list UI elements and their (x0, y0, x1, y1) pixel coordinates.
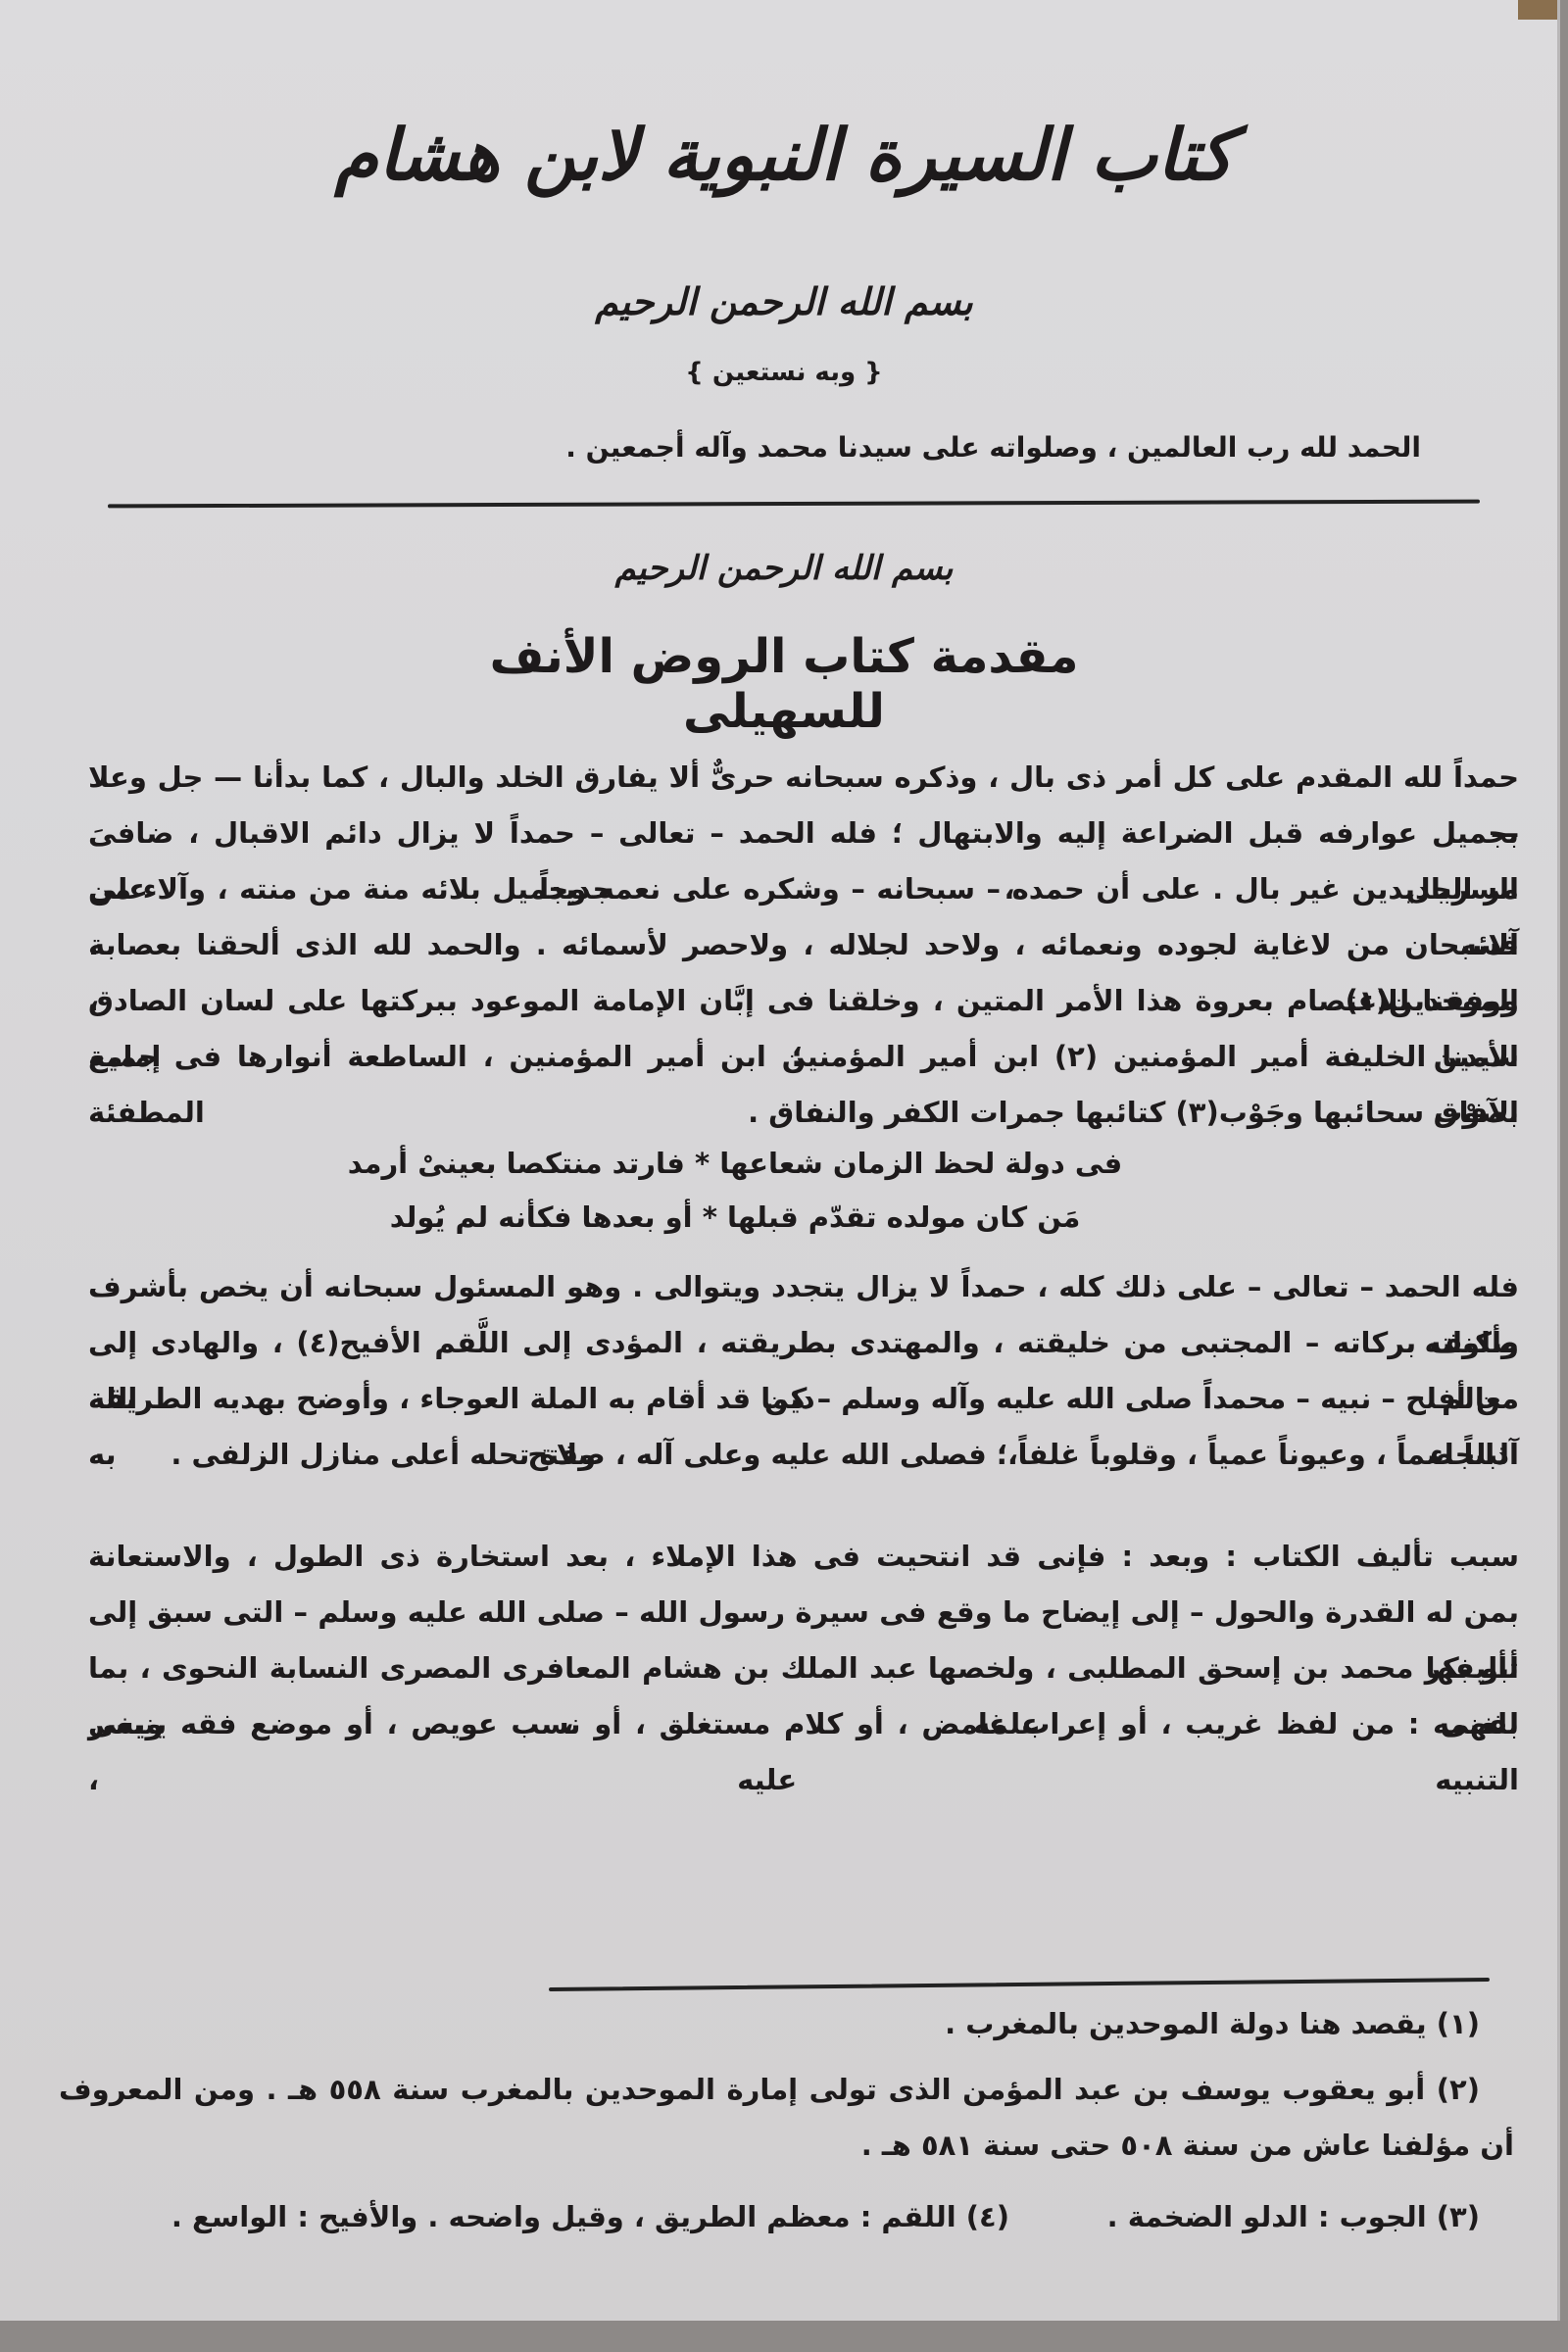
footnote-2-cont: أن مؤلفنا عاش من سنة ٥٠٨ حتى سنة ٥٨١ هـ … (392, 2129, 1514, 2162)
paragraph-line: سبب تأليف الكتاب : وبعد : فإنى قد انتحيت… (88, 1529, 1519, 1585)
footnote-4: (٤) اللقم : معظم الطريق ، وقيل واضحه . و… (167, 2200, 1009, 2233)
section-divider (108, 500, 1480, 509)
footnote-3: (٣) الجوب : الدلو الضخمة . (1078, 2200, 1480, 2233)
invocation: { وبه نستعين } (637, 358, 931, 387)
paragraph-line: آذاناً صماً ، وعيوناً عمياً ، وقلوباً غل… (88, 1427, 1519, 1483)
footnote-1: (١) يقصد هنا دولة الموحدين بالمغرب . (686, 2007, 1480, 2040)
footnote-2: (٢) أبو يعقوب يوسف بن عبد المؤمن الذى تو… (59, 2073, 1480, 2106)
section-heading: مقدمة كتاب الروض الأنف للسهيلى (392, 629, 1176, 739)
book-page: كتاب السيرة النبوية لابن هشام بسم الله ا… (0, 0, 1560, 2321)
section-basmala: بسم الله الرحمن الرحيم (549, 549, 1019, 588)
footnote-divider (549, 1978, 1490, 1991)
basmala-top: بسم الله الرحمن الرحيم (490, 279, 1078, 323)
paragraph-line: بصوْب سحائبها وجَوْب(٣) كتائبها جمرات ال… (88, 1085, 1519, 1141)
book-title: كتاب السيرة النبوية لابن هشام (323, 113, 1245, 196)
page-edge-background (0, 2321, 1568, 2352)
opening-praise: الحمد لله رب العالمين ، وصلواته على سيدن… (196, 431, 1421, 464)
verse-line: مَن كان مولده تقدّم قبلها * أو بعدها فكأ… (294, 1200, 1176, 1234)
verse-line: فى دولة لحظ الزمان شعاعها * فارتد منتكصا… (294, 1147, 1176, 1180)
paragraph-line: لفهمه : من لفظ غريب ، أو إعراب غامض ، أو… (88, 1696, 1519, 1808)
page-corner-shadow (1518, 0, 1557, 20)
